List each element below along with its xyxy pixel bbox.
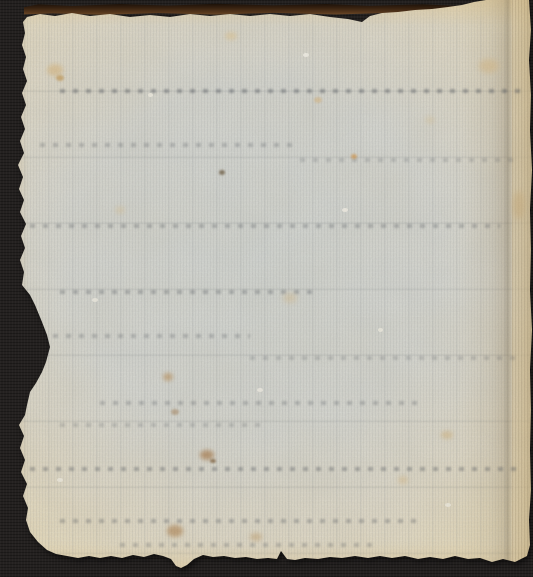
page-shadow-wrap (0, 0, 533, 577)
foxing-stain (351, 154, 357, 159)
gutter-shadow (0, 0, 533, 577)
foxing-stain (250, 533, 262, 541)
foxing-stain (425, 116, 435, 124)
foxing-stain (47, 64, 63, 76)
showthrough-line (100, 401, 420, 405)
foxing-stain (513, 191, 525, 219)
foxing-stain (314, 97, 322, 103)
paper-fleck (303, 53, 309, 57)
foxing-stain (200, 450, 214, 460)
scan-surface: Scanned blank manuscript leaf (0, 0, 533, 577)
showthrough-line (40, 143, 300, 147)
paper-fleck (342, 208, 348, 212)
paper-fleck (148, 93, 153, 97)
foxing-stain (210, 459, 216, 463)
manuscript-page (0, 0, 533, 577)
laid-lines-texture (0, 0, 533, 577)
foxing-stain (441, 431, 453, 439)
paper-fleck (378, 328, 383, 332)
showthrough-line (120, 543, 380, 547)
stain-layer (0, 0, 533, 577)
paper-fleck (445, 503, 451, 507)
foxing-stain (163, 373, 173, 381)
showthrough-line (30, 224, 500, 228)
foxing-stain (219, 170, 225, 175)
showthrough-line (60, 290, 320, 294)
foxing-stain (479, 59, 499, 73)
showthrough-line (60, 89, 520, 93)
paper-fleck (92, 298, 98, 302)
showthrough-line (300, 158, 520, 162)
showthrough-layer (0, 0, 533, 577)
foxing-stain (167, 525, 183, 537)
showthrough-line (30, 467, 520, 471)
paper-fleck (257, 388, 263, 392)
foxing-stain (398, 476, 408, 484)
showthrough-line (40, 334, 250, 338)
foxing-stain (115, 206, 125, 214)
showthrough-line (60, 519, 420, 523)
paper-fleck (57, 478, 63, 482)
chain-lines-texture (0, 0, 533, 577)
showthrough-line (250, 356, 520, 360)
foxing-stain (171, 409, 179, 415)
edge-toning (0, 0, 533, 577)
showthrough-line (60, 423, 260, 427)
underlying-page-edges (512, 0, 533, 577)
foxing-stain (283, 293, 297, 303)
paper-grain-noise (0, 0, 533, 577)
foxing-stain (56, 75, 64, 81)
foxing-stain (225, 32, 237, 40)
